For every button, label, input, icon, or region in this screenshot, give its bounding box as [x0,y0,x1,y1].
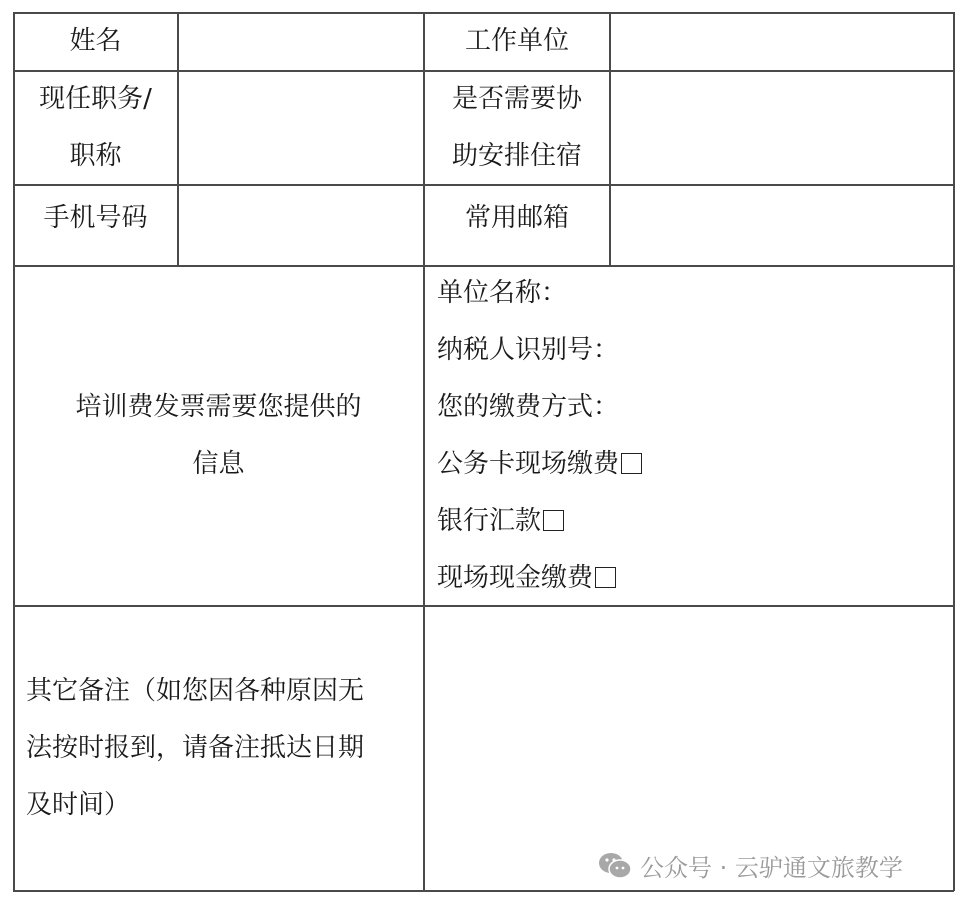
employer-label-text: 工作单位 [465,13,569,70]
remarks-label: 其它备注（如您因各种原因无 法按时报到，请备注抵达日期 及时间） [26,607,423,890]
payment-option-card[interactable]: 公务卡现场缴费 [437,436,642,493]
employer-label: 工作单位 [425,13,609,70]
wechat-icon [598,852,632,880]
name-label-text: 姓名 [69,13,121,70]
email-label: 常用邮箱 [425,186,609,256]
checkbox-cash[interactable] [595,567,616,588]
name-label: 姓名 [14,13,177,70]
checkbox-card[interactable] [621,453,642,474]
table-border-bottom [13,890,954,892]
phone-field[interactable] [179,186,423,265]
invoice-label: 培训费发票需要您提供的 信息 [14,267,423,605]
position-field[interactable] [179,72,423,184]
watermark-text: 公众号 · 云驴通文旅教学 [640,848,903,883]
employer-field[interactable] [611,13,953,70]
payment-option-cash[interactable]: 现场现金缴费 [437,550,616,607]
position-label: 现任职务/ 职称 [14,72,177,184]
accommodation-field[interactable] [611,72,953,184]
payment-option-bank[interactable]: 银行汇款 [437,493,564,550]
name-field[interactable] [179,13,423,70]
payment-method-label: 您的缴费方式： [437,379,619,436]
phone-label: 手机号码 [14,186,177,256]
table-border-right [953,12,955,891]
email-field[interactable] [611,186,953,265]
tax-id-field[interactable]: 纳税人识别号： [437,322,619,379]
watermark: 公众号 · 云驴通文旅教学 [598,848,903,883]
checkbox-bank[interactable] [543,510,564,531]
invoice-fields: 单位名称： 纳税人识别号： 您的缴费方式： 公务卡现场缴费 银行汇款 现场现金缴… [437,267,947,605]
company-name-field[interactable]: 单位名称： [437,265,567,322]
accommodation-label: 是否需要协 助安排住宿 [425,72,609,184]
